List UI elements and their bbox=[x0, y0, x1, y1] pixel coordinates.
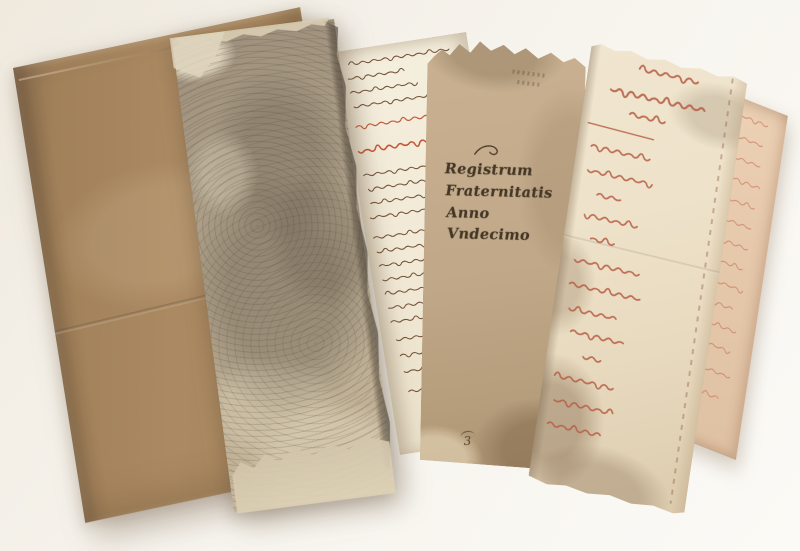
manuscript-title: Registrum Fraternitatis Anno Vndecimo bbox=[444, 158, 576, 248]
faint-stamp-mark bbox=[517, 80, 541, 87]
folder-spine-fold bbox=[13, 62, 112, 523]
flaking-bottom-layer bbox=[229, 432, 396, 514]
title-line-1: Registrum Fraternitatis bbox=[444, 160, 552, 201]
faint-stamp-mark bbox=[513, 69, 547, 77]
title-line-2: Anno Vndecimo bbox=[446, 203, 530, 244]
page-number: 3 bbox=[462, 427, 479, 447]
pen-flourish bbox=[473, 142, 509, 159]
corner-tear-patch bbox=[170, 31, 231, 81]
manuscripts-photo: Registrum Fraternitatis Anno Vndecimo 3 bbox=[0, 0, 800, 551]
